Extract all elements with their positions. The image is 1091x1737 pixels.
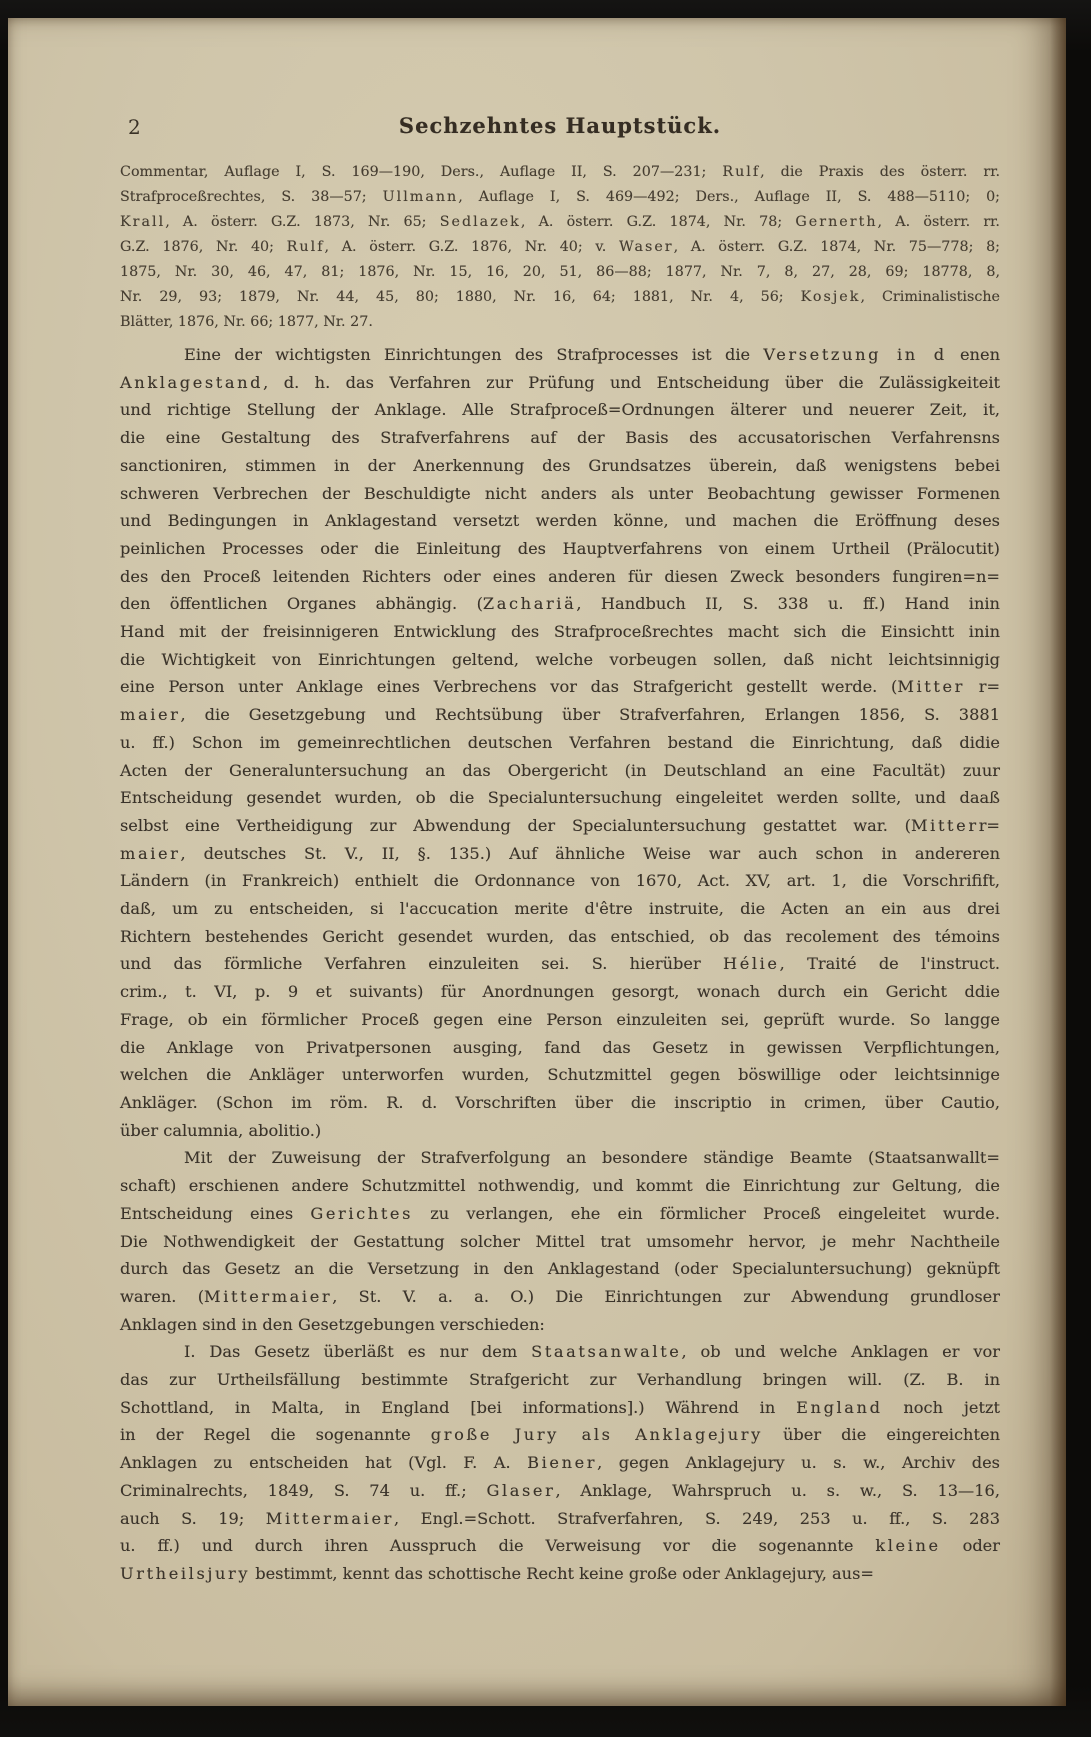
spaced-emphasis-text: Mitter: [897, 677, 965, 696]
plain-text: schweren Verbrechen der Beschuldigte nic…: [120, 484, 1000, 503]
spaced-emphasis-text: kleine: [875, 1536, 940, 1555]
text-line: schweren Verbrechen der Beschuldigte nic…: [120, 480, 1000, 508]
plain-text: r=: [979, 816, 1000, 835]
spaced-emphasis-text: maier: [120, 705, 181, 724]
plain-text: , A. österr. G.Z. 1874, Nr. 75—778; 8;: [674, 239, 1000, 255]
plain-text: , die Praxis des österr. rr.: [760, 164, 1000, 180]
plain-text: Frage, ob ein förmlicher Proceß gegen ei…: [120, 1010, 1000, 1029]
spaced-emphasis-text: Urtheilsjury: [120, 1564, 250, 1583]
plain-text: Entscheidung eines: [120, 1204, 310, 1223]
text-line: u. ff.) und durch ihren Ausspruch die Ve…: [120, 1532, 1000, 1560]
spaced-emphasis-text: Zachariä: [483, 594, 576, 613]
spaced-emphasis-text: Mittermaier: [204, 1287, 332, 1306]
spaced-emphasis-text: Biener: [527, 1453, 597, 1472]
text-line: schaft) erschienen andere Schutzmittel n…: [120, 1172, 1000, 1200]
plain-text: schaft) erschienen andere Schutzmittel n…: [120, 1176, 1000, 1195]
plain-text: Ländern (in Frankreich) enthielt die Ord…: [120, 871, 1000, 890]
text-line: I. Das Gesetz überläßt es nur dem Staats…: [120, 1338, 1000, 1366]
plain-text: , Traité de l'instruct.: [780, 954, 1000, 973]
spaced-emphasis-text: Krall: [120, 214, 165, 230]
text-line: Urtheilsjury bestimmt, kennt das schotti…: [120, 1560, 1000, 1588]
plain-text: u. ff.) und durch ihren Ausspruch die Ve…: [120, 1536, 875, 1555]
spaced-emphasis-text: Waser: [619, 239, 674, 255]
page-header: 2 Sechzehntes Hauptstück.: [120, 113, 1000, 147]
text-line: Hand mit der freisinnigeren Entwicklung …: [120, 618, 1000, 646]
scan-background: 2 Sechzehntes Hauptstück. Commentar, Auf…: [0, 0, 1091, 1737]
text-line: Die Nothwendigkeit der Gestattung solche…: [120, 1228, 1000, 1256]
plain-text: 1875, Nr. 30, 46, 47, 81; 1876, Nr. 15, …: [120, 264, 1000, 280]
text-line: daß, um zu entscheiden, si l'accucation …: [120, 895, 1000, 923]
text-line: crim., t. VI, p. 9 et suivants) für Anor…: [120, 978, 1000, 1006]
plain-text: oder: [941, 1536, 1000, 1555]
text-line: und Bedingungen in Anklagestand versetzt…: [120, 507, 1000, 535]
plain-text: bestimmt, kennt das schottische Recht ke…: [250, 1564, 874, 1583]
spaced-emphasis-text: Gernerth: [795, 214, 877, 230]
plain-text: Ankläger. (Schon im röm. R. d. Vorschrif…: [120, 1093, 1000, 1112]
plain-text: über calumnia, abolitio.): [120, 1121, 321, 1140]
plain-text: , A. österr. G.Z. 1876, Nr. 40; v.: [325, 239, 620, 255]
plain-text: des den Proceß leitenden Richters oder e…: [120, 567, 1000, 586]
text-line: Mit der Zuweisung der Strafverfolgung an…: [120, 1144, 1000, 1172]
paragraph: Commentar, Auflage I, S. 169—190, Ders.,…: [120, 160, 1000, 335]
plain-text: crim., t. VI, p. 9 et suivants) für Anor…: [120, 982, 1000, 1001]
spaced-emphasis-text: Rulf: [722, 164, 760, 180]
plain-text: G.Z. 1876, Nr. 40;: [120, 239, 287, 255]
plain-text: , gegen Anklagejury u. s. w., Archiv des: [597, 1453, 1000, 1472]
plain-text: sanctioniren, stimmen in der Anerkennung…: [120, 456, 1000, 475]
text-line: die Anklage von Privatpersonen ausging, …: [120, 1034, 1000, 1062]
text-line: Ländern (in Frankreich) enthielt die Ord…: [120, 867, 1000, 895]
text-line: des den Proceß leitenden Richters oder e…: [120, 563, 1000, 591]
plain-text: welchen die Ankläger unterworfen wurden,…: [120, 1065, 1000, 1084]
text-line: Schottland, in Malta, in England [bei in…: [120, 1394, 1000, 1422]
plain-text: und richtige Stellung der Anklage. Alle …: [120, 400, 1000, 419]
plain-text: , Anklage, Wahrspruch u. s. w., S. 13—16…: [555, 1481, 1000, 1500]
text-line: Anklagestand, d. h. das Verfahren zur Pr…: [120, 369, 1000, 397]
spaced-emphasis-text: Glaser: [486, 1481, 555, 1500]
spaced-emphasis-text: Gerichtes: [310, 1204, 413, 1223]
plain-text: Acten der Generaluntersuchung an das Obe…: [120, 761, 1000, 780]
text-line: Strafproceßrechtes, S. 38—57; Ullmann, A…: [120, 185, 1000, 210]
spaced-emphasis-text: maier: [120, 844, 181, 863]
text-line: das zur Urtheilsfällung bestimmte Strafg…: [120, 1366, 1000, 1394]
plain-text: Anklagen zu entscheiden hat (Vgl. F. A.: [120, 1453, 527, 1472]
plain-text: , die Gesetzgebung und Rechtsübung über …: [181, 705, 1001, 724]
plain-text: , ob und welche Anklagen er vor: [681, 1342, 1000, 1361]
spaced-emphasis-text: Anklagestand: [120, 373, 263, 392]
text-line: über calumnia, abolitio.): [120, 1117, 1000, 1145]
text-line: Frage, ob ein förmlicher Proceß gegen ei…: [120, 1006, 1000, 1034]
paragraph: Mit der Zuweisung der Strafverfolgung an…: [120, 1144, 1000, 1338]
spaced-emphasis-text: Staatsanwalte: [531, 1342, 681, 1361]
running-title: Sechzehntes Hauptstück.: [120, 113, 1000, 138]
plain-text: , Handbuch II, S. 338 u. ff.) Hand inin: [576, 594, 1000, 613]
plain-text: über die eingereichten: [763, 1425, 1000, 1444]
text-line: durch das Gesetz an die Versetzung in de…: [120, 1255, 1000, 1283]
text-line: selbst eine Vertheidigung zur Abwendung …: [120, 812, 1000, 840]
plain-text: die Anklage von Privatpersonen ausging, …: [120, 1038, 1000, 1057]
plain-text: , Engl.=Schott. Strafverfahren, S. 249, …: [394, 1509, 1000, 1528]
spaced-emphasis-text: Rulf: [287, 239, 325, 255]
plain-text: , deutsches St. V., II, §. 135.) Auf ähn…: [181, 844, 1001, 863]
plain-text: zu verlangen, ehe ein förmlicher Proceß …: [413, 1204, 1000, 1223]
text-line: die eine Gestaltung des Strafverfahrens …: [120, 424, 1000, 452]
text-line: und richtige Stellung der Anklage. Alle …: [120, 396, 1000, 424]
text-line: Krall, A. österr. G.Z. 1873, Nr. 65; Sed…: [120, 210, 1000, 235]
plain-text: , A. österr. G.Z. 1874, Nr. 78;: [521, 214, 796, 230]
text-line: welchen die Ankläger unterworfen wurden,…: [120, 1061, 1000, 1089]
text-line: Commentar, Auflage I, S. 169—190, Ders.,…: [120, 160, 1000, 185]
spaced-emphasis-text: Versetzung in d: [763, 345, 946, 364]
text-line: die Wichtigkeit von Einrichtungen gelten…: [120, 646, 1000, 674]
text-line: Ankläger. (Schon im röm. R. d. Vorschrif…: [120, 1089, 1000, 1117]
text-line: Anklagen zu entscheiden hat (Vgl. F. A. …: [120, 1449, 1000, 1477]
text-line: Anklagen sind in den Gesetzgebungen vers…: [120, 1311, 1000, 1339]
text-line: Eine der wichtigsten Einrichtungen des S…: [120, 341, 1000, 369]
plain-text: Schottland, in Malta, in England [bei in…: [120, 1398, 796, 1417]
text-line: Entscheidung gesendet wurden, ob die Spe…: [120, 784, 1000, 812]
spaced-emphasis-text: Mittermaier: [266, 1509, 394, 1528]
paragraph: Eine der wichtigsten Einrichtungen des S…: [120, 341, 1000, 1144]
plain-text: noch jetzt: [883, 1398, 1000, 1417]
spaced-emphasis-text: England: [796, 1398, 882, 1417]
plain-text: durch das Gesetz an die Versetzung in de…: [120, 1259, 1000, 1278]
plain-text: daß, um zu entscheiden, si l'accucation …: [120, 899, 1000, 918]
plain-text: Nr. 29, 93; 1879, Nr. 44, 45, 80; 1880, …: [120, 289, 801, 305]
plain-text: , Criminalistische: [860, 289, 1000, 305]
text-line: G.Z. 1876, Nr. 40; Rulf, A. österr. G.Z.…: [120, 235, 1000, 260]
text-line: Criminalrechts, 1849, S. 74 u. ff.; Glas…: [120, 1477, 1000, 1505]
text-line: u. ff.) Schon im gemeinrechtlichen deuts…: [120, 729, 1000, 757]
plain-text: in der Regel die sogenannte: [120, 1425, 431, 1444]
plain-text: , A. österr. rr.: [878, 214, 1000, 230]
spaced-emphasis-text: Mitter: [911, 816, 979, 835]
plain-text: und Bedingungen in Anklagestand versetzt…: [120, 511, 1000, 530]
text-block: Commentar, Auflage I, S. 169—190, Ders.,…: [120, 160, 1000, 1588]
spaced-emphasis-text: große Jury als Anklagejury: [431, 1425, 763, 1444]
text-line: auch S. 19; Mittermaier, Engl.=Schott. S…: [120, 1505, 1000, 1533]
plain-text: , d. h. das Verfahren zur Prüfung und En…: [263, 373, 1000, 392]
plain-text: Eine der wichtigsten Einrichtungen des S…: [184, 345, 763, 364]
plain-text: Anklagen sind in den Gesetzgebungen vers…: [120, 1315, 545, 1334]
text-line: 1875, Nr. 30, 46, 47, 81; 1876, Nr. 15, …: [120, 260, 1000, 285]
plain-text: Entscheidung gesendet wurden, ob die Spe…: [120, 788, 1000, 807]
paragraph: I. Das Gesetz überläßt es nur dem Staats…: [120, 1338, 1000, 1587]
page-number: 2: [128, 115, 141, 139]
plain-text: das zur Urtheilsfällung bestimmte Strafg…: [120, 1370, 1000, 1389]
text-line: Nr. 29, 93; 1879, Nr. 44, 45, 80; 1880, …: [120, 285, 1000, 310]
plain-text: I. Das Gesetz überläßt es nur dem: [184, 1342, 531, 1361]
text-line: eine Person unter Anklage eines Verbrech…: [120, 673, 1000, 701]
plain-text: , A. österr. G.Z. 1873, Nr. 65;: [165, 214, 440, 230]
plain-text: , Auflage I, S. 469—492; Ders., Auflage …: [458, 189, 1000, 205]
plain-text: Blätter, 1876, Nr. 66; 1877, Nr. 27.: [120, 314, 373, 330]
plain-text: selbst eine Vertheidigung zur Abwendung …: [120, 816, 911, 835]
spaced-emphasis-text: Sedlazek: [440, 214, 521, 230]
text-line: und das förmliche Verfahren einzuleiten …: [120, 950, 1000, 978]
plain-text: den öffentlichen Organes abhängig. (: [120, 594, 483, 613]
plain-text: eine Person unter Anklage eines Verbrech…: [120, 677, 897, 696]
text-line: waren. (Mittermaier, St. V. a. a. O.) Di…: [120, 1283, 1000, 1311]
plain-text: waren. (: [120, 1287, 204, 1306]
text-line: Entscheidung eines Gerichtes zu verlange…: [120, 1200, 1000, 1228]
spaced-emphasis-text: Ullmann: [383, 189, 459, 205]
plain-text: peinlichen Processes oder die Einleitung…: [120, 539, 1000, 558]
text-line: den öffentlichen Organes abhängig. (Zach…: [120, 590, 1000, 618]
text-line: Richtern bestehendes Gericht gesendet wu…: [120, 923, 1000, 951]
text-line: Acten der Generaluntersuchung an das Obe…: [120, 757, 1000, 785]
plain-text: , St. V. a. a. O.) Die Einrichtungen zur…: [332, 1287, 1000, 1306]
plain-text: die Wichtigkeit von Einrichtungen gelten…: [120, 650, 1000, 669]
spaced-emphasis-text: Kosjek: [801, 289, 861, 305]
plain-text: u. ff.) Schon im gemeinrechtlichen deuts…: [120, 733, 1000, 752]
plain-text: Commentar, Auflage I, S. 169—190, Ders.,…: [120, 164, 722, 180]
text-line: Blätter, 1876, Nr. 66; 1877, Nr. 27.: [120, 310, 1000, 335]
plain-text: auch S. 19;: [120, 1509, 266, 1528]
text-line: in der Regel die sogenannte große Jury a…: [120, 1421, 1000, 1449]
plain-text: die eine Gestaltung des Strafverfahrens …: [120, 428, 1000, 447]
plain-text: Mit der Zuweisung der Strafverfolgung an…: [184, 1148, 1000, 1167]
text-line: maier, deutsches St. V., II, §. 135.) Au…: [120, 840, 1000, 868]
plain-text: Criminalrechts, 1849, S. 74 u. ff.;: [120, 1481, 486, 1500]
plain-text: und das förmliche Verfahren einzuleiten …: [120, 954, 723, 973]
plain-text: Strafproceßrechtes, S. 38—57;: [120, 189, 383, 205]
spaced-emphasis-text: Hélie: [723, 954, 780, 973]
plain-text: Die Nothwendigkeit der Gestattung solche…: [120, 1232, 1000, 1251]
text-line: maier, die Gesetzgebung und Rechtsübung …: [120, 701, 1000, 729]
text-line: peinlichen Processes oder die Einleitung…: [120, 535, 1000, 563]
plain-text: Richtern bestehendes Gericht gesendet wu…: [120, 927, 1000, 946]
text-line: sanctioniren, stimmen in der Anerkennung…: [120, 452, 1000, 480]
plain-text: r=: [965, 677, 1000, 696]
plain-text: Hand mit der freisinnigeren Entwicklung …: [120, 622, 1000, 641]
book-page: 2 Sechzehntes Hauptstück. Commentar, Auf…: [8, 18, 1066, 1706]
plain-text: enen: [947, 345, 1000, 364]
